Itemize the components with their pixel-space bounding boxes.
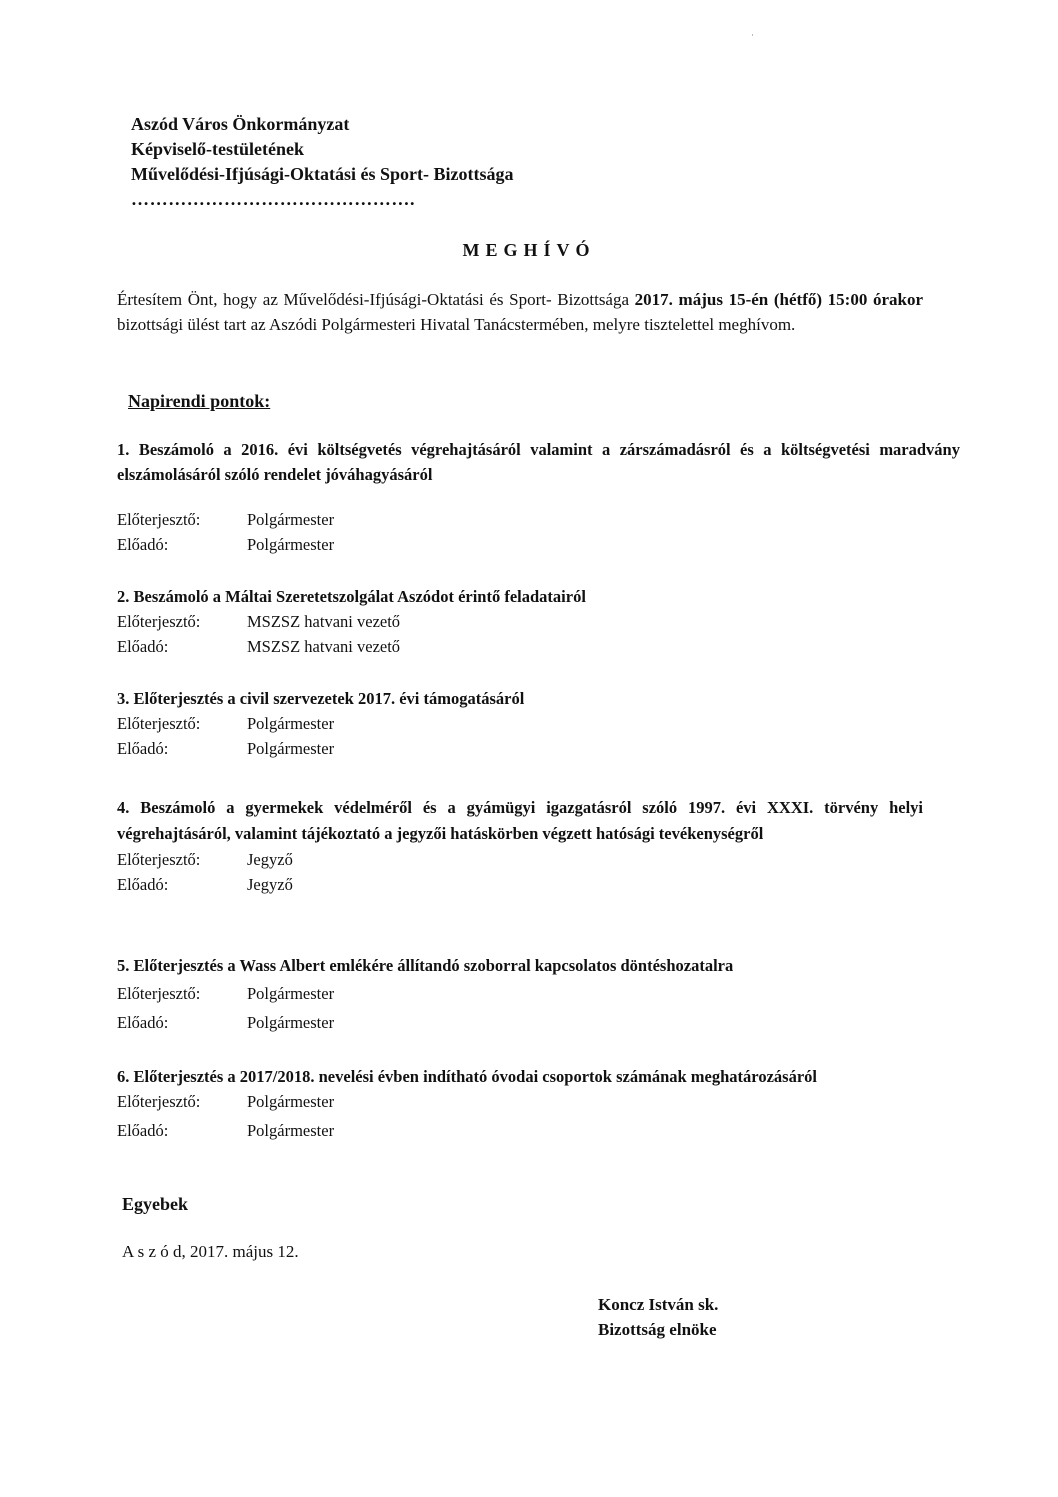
speaker-value: Polgármester <box>247 1010 334 1035</box>
letterhead-body: Képviselő-testületének <box>131 137 513 162</box>
meeting-datetime: 2017. május 15-én (hétfő) 15:00 órakor <box>635 290 923 309</box>
presenter-row: Előterjesztő: MSZSZ hatvani vezető <box>117 609 960 634</box>
agenda-item-5: 5. Előterjesztés a Wass Albert emlékére … <box>117 953 960 1035</box>
agenda-item-title: 3. Előterjesztés a civil szervezetek 201… <box>117 686 960 711</box>
agenda-item-title: 5. Előterjesztés a Wass Albert emlékére … <box>117 953 960 978</box>
intro-text-1: Értesítem Önt, hogy az Művelődési-Ifjúsá… <box>117 290 635 309</box>
document-title: MEGHÍVÓ <box>0 238 1058 262</box>
speaker-value: Polgármester <box>247 1118 334 1143</box>
other-items-heading: Egyebek <box>122 1192 188 1216</box>
presenter-label: Előterjesztő: <box>117 507 247 532</box>
speaker-row: Előadó: Polgármester <box>117 736 960 761</box>
speaker-value: Polgármester <box>247 736 334 761</box>
letterhead-municipality: Aszód Város Önkormányzat <box>131 112 513 137</box>
presenter-value: Jegyző <box>247 847 293 872</box>
agenda-heading: Napirendi pontok: <box>128 389 270 413</box>
speaker-label: Előadó: <box>117 1118 247 1143</box>
letterhead-dotted-line: ………………………………………. <box>131 187 513 212</box>
presenter-value: Polgármester <box>247 507 334 532</box>
signatory-title: Bizottság elnöke <box>598 1317 718 1342</box>
agenda-item-title: 4. Beszámoló a gyermekek védelméről és a… <box>117 795 923 847</box>
speaker-row: Előadó: Polgármester <box>117 532 960 557</box>
agenda-item-title: 6. Előterjesztés a 2017/2018. nevelési é… <box>117 1064 923 1089</box>
speaker-row: Előadó: MSZSZ hatvani vezető <box>117 634 960 659</box>
presenter-row: Előterjesztő: Polgármester <box>117 981 960 1006</box>
presenter-value: MSZSZ hatvani vezető <box>247 609 400 634</box>
presenter-label: Előterjesztő: <box>117 711 247 736</box>
agenda-item-1: 1. Beszámoló a 2016. évi költségvetés vé… <box>117 437 960 557</box>
agenda-item-6: 6. Előterjesztés a 2017/2018. nevelési é… <box>117 1064 923 1143</box>
presenter-label: Előterjesztő: <box>117 609 247 634</box>
scan-artifact <box>752 34 753 36</box>
signatory-name: Koncz István sk. <box>598 1292 718 1317</box>
intro-text-2: bizottsági ülést tart az Aszódi Polgárme… <box>117 315 795 334</box>
speaker-row: Előadó: Polgármester <box>117 1118 923 1143</box>
speaker-label: Előadó: <box>117 736 247 761</box>
agenda-item-title: 2. Beszámoló a Máltai Szeretetszolgálat … <box>117 584 960 609</box>
presenter-value: Polgármester <box>247 981 334 1006</box>
presenter-row: Előterjesztő: Polgármester <box>117 1089 923 1114</box>
signature-block: Koncz István sk. Bizottság elnöke <box>598 1292 718 1342</box>
letterhead: Aszód Város Önkormányzat Képviselő-testü… <box>131 112 513 212</box>
agenda-item-3: 3. Előterjesztés a civil szervezetek 201… <box>117 686 960 761</box>
speaker-label: Előadó: <box>117 1010 247 1035</box>
speaker-row: Előadó: Polgármester <box>117 1010 960 1035</box>
agenda-item-title: 1. Beszámoló a 2016. évi költségvetés vé… <box>117 437 960 487</box>
invitation-paragraph: Értesítem Önt, hogy az Művelődési-Ifjúsá… <box>117 287 923 337</box>
speaker-label: Előadó: <box>117 634 247 659</box>
presenter-row: Előterjesztő: Jegyző <box>117 847 923 872</box>
speaker-label: Előadó: <box>117 532 247 557</box>
presenter-label: Előterjesztő: <box>117 847 247 872</box>
presenter-value: Polgármester <box>247 1089 334 1114</box>
speaker-value: Polgármester <box>247 532 334 557</box>
speaker-value: Jegyző <box>247 872 293 897</box>
presenter-label: Előterjesztő: <box>117 981 247 1006</box>
presenter-row: Előterjesztő: Polgármester <box>117 507 960 532</box>
letterhead-committee: Művelődési-Ifjúsági-Oktatási és Sport- B… <box>131 162 513 187</box>
speaker-value: MSZSZ hatvani vezető <box>247 634 400 659</box>
agenda-item-4: 4. Beszámoló a gyermekek védelméről és a… <box>117 795 923 897</box>
presenter-label: Előterjesztő: <box>117 1089 247 1114</box>
presenter-value: Polgármester <box>247 711 334 736</box>
speaker-row: Előadó: Jegyző <box>117 872 923 897</box>
agenda-item-2: 2. Beszámoló a Máltai Szeretetszolgálat … <box>117 584 960 659</box>
presenter-row: Előterjesztő: Polgármester <box>117 711 960 736</box>
speaker-label: Előadó: <box>117 872 247 897</box>
place-and-date: A s z ó d, 2017. május 12. <box>122 1240 299 1264</box>
